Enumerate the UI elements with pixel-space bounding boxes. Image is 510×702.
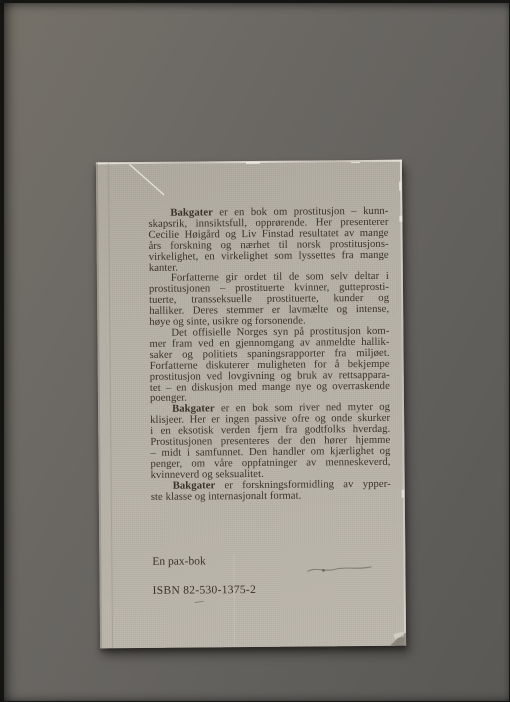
edge-scuff-mark: [399, 216, 402, 222]
right-edge-scuff: [400, 160, 406, 646]
pencil-dash-mark: [195, 601, 204, 603]
imprint-label: En pax-bok: [152, 555, 205, 567]
scratch-mark: [129, 164, 164, 195]
edge-scuff-mark: [246, 162, 260, 164]
pencil-mark: [305, 562, 375, 579]
edge-scuff-mark: [351, 162, 360, 163]
left-edge-shade: [96, 162, 102, 648]
photo-backdrop: Bakgater er en bok om prostitusjon – kun…: [4, 3, 509, 701]
cover-crease: [233, 554, 235, 646]
edge-scuff-mark: [402, 490, 404, 498]
edge-scuff-mark: [399, 182, 401, 191]
spine-crease: [108, 162, 113, 648]
blurb-line: ste klasse og internasjonalt format.: [151, 489, 391, 502]
blurb-line: virkelighet, en virkelighet som lyssette…: [149, 249, 389, 262]
book-back-cover: Bakgater er en bok om prostitusjon – kun…: [96, 160, 406, 649]
isbn-label: ISBN 82-530-1375-2: [153, 584, 257, 597]
blurb: Bakgater er en bok om prostitusjon – kun…: [148, 206, 391, 503]
